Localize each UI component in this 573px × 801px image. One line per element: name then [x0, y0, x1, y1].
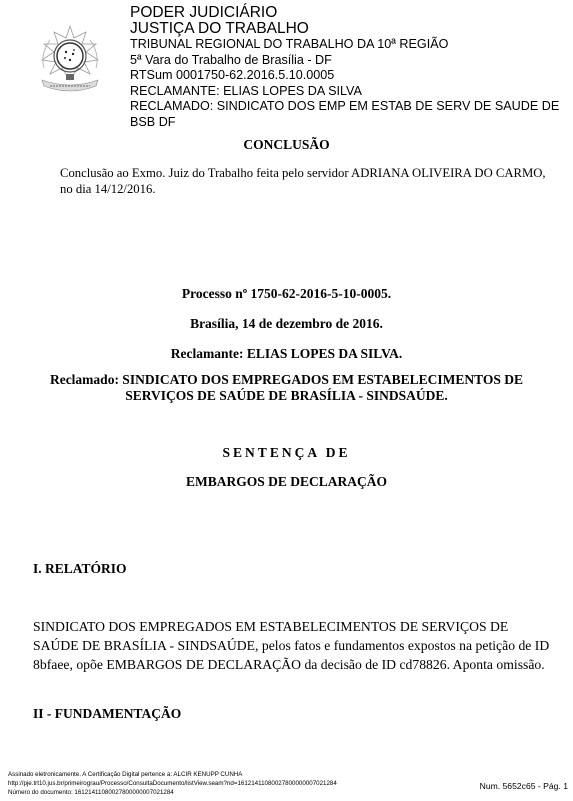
- header-reclamante: RECLAMANTE: ELIAS LOPES DA SILVA: [130, 84, 559, 100]
- document-url[interactable]: http://pje.trt10.jus.br/primeirograu/Pro…: [8, 779, 337, 788]
- relatorio-paragraph: SINDICATO DOS EMPREGADOS EM ESTABELECIME…: [33, 617, 553, 674]
- processo-number: Processo nº 1750-62-2016-5-10-0005.: [0, 286, 573, 302]
- reclamante: Reclamante: ELIAS LOPES DA SILVA.: [0, 346, 573, 362]
- section-title-relatorio: I. RELATÓRIO: [33, 561, 127, 577]
- date-location: Brasília, 14 de dezembro de 2016.: [0, 316, 573, 332]
- signature-text: Assinado eletronicamente. A Certificação…: [8, 770, 337, 779]
- header-reclamado: RECLAMADO: SINDICATO DOS EMP EM ESTAB DE…: [130, 99, 559, 115]
- header-reclamado-cont: BSB DF: [130, 115, 559, 131]
- conclusao-text: Conclusão ao Exmo. Juiz do Trabalho feit…: [60, 165, 560, 197]
- header-vara: 5ª Vara do Trabalho de Brasília - DF: [130, 53, 559, 69]
- header-case-number: RTSum 0001750-62.2016.5.10.0005: [130, 68, 559, 84]
- conclusao-title: CONCLUSÃO: [0, 137, 573, 153]
- document-title-sentenca: SENTENÇA DE: [0, 445, 573, 461]
- brazil-coat-of-arms-icon: [36, 24, 104, 96]
- page-number: Num. 5652c65 - Pág. 1: [480, 781, 568, 791]
- section-title-fundamentacao: II - FUNDAMENTAÇÃO: [33, 706, 181, 722]
- header-justica-trabalho: JUSTIÇA DO TRABALHO: [130, 21, 559, 37]
- document-header: PODER JUDICIÁRIO JUSTIÇA DO TRABALHO TRI…: [130, 5, 559, 131]
- document-number: Número do documento: 1612141108002780000…: [8, 788, 337, 797]
- header-tribunal: TRIBUNAL REGIONAL DO TRABALHO DA 10ª REG…: [130, 37, 559, 53]
- document-title-embargos: EMBARGOS DE DECLARAÇÃO: [0, 474, 573, 490]
- signature-footer: Assinado eletronicamente. A Certificação…: [8, 770, 337, 797]
- reclamado: Reclamado: SINDICATO DOS EMPREGADOS EM E…: [40, 372, 533, 404]
- header-poder-judiciario: PODER JUDICIÁRIO: [130, 5, 559, 21]
